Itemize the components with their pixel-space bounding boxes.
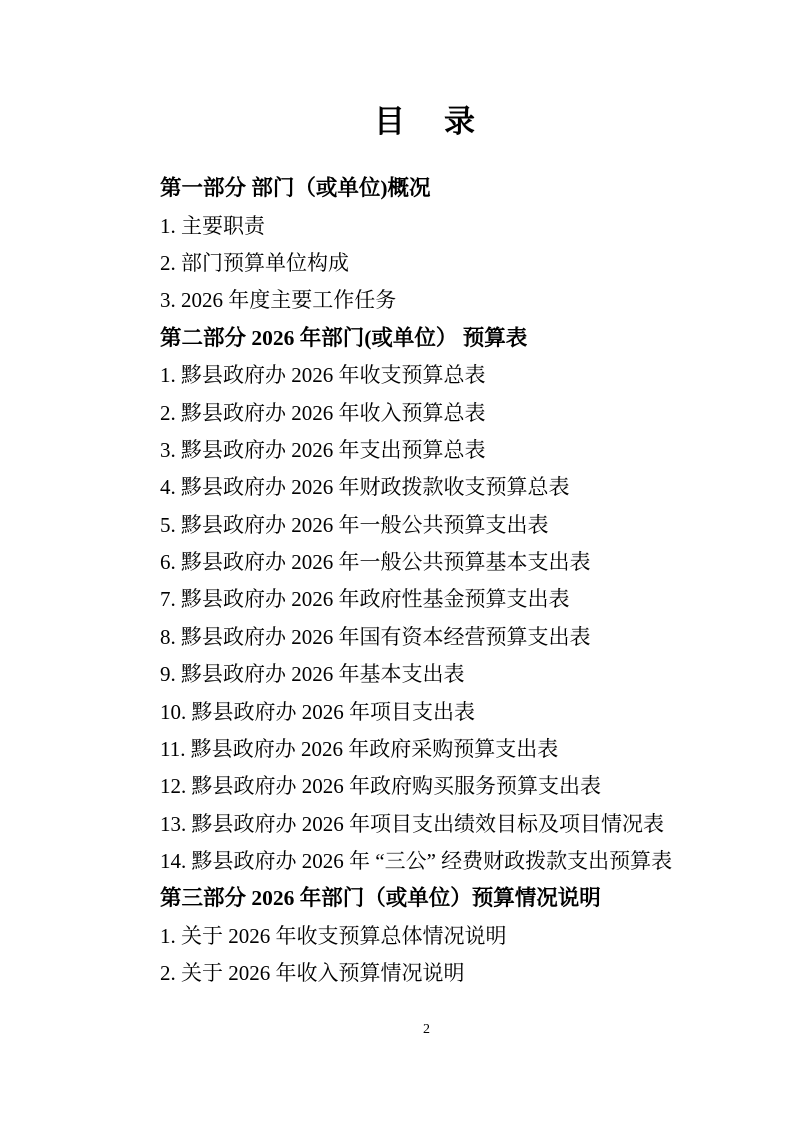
toc-item: 1. 黟县政府办 2026 年收支预算总表 [160, 357, 693, 394]
toc-item: 8. 黟县政府办 2026 年国有资本经营预算支出表 [160, 619, 693, 656]
section-3-heading: 第三部分 2026 年部门（或单位）预算情况说明 [160, 880, 693, 917]
toc-item: 13. 黟县政府办 2026 年项目支出绩效目标及项目情况表 [160, 806, 693, 843]
table-of-contents: 第一部分 部门（或单位)概况 1. 主要职责 2. 部门预算单位构成 3. 20… [160, 170, 693, 993]
toc-item: 12. 黟县政府办 2026 年政府购买服务预算支出表 [160, 768, 693, 805]
page-number: 2 [160, 1022, 693, 1038]
toc-item: 3. 2026 年度主要工作任务 [160, 282, 693, 319]
toc-item: 1. 关于 2026 年收支预算总体情况说明 [160, 918, 693, 955]
toc-item: 7. 黟县政府办 2026 年政府性基金预算支出表 [160, 581, 693, 618]
toc-item: 10. 黟县政府办 2026 年项目支出表 [160, 693, 693, 730]
document-page: 目 录 第一部分 部门（或单位)概况 1. 主要职责 2. 部门预算单位构成 3… [0, 0, 793, 1122]
toc-item: 11. 黟县政府办 2026 年政府采购预算支出表 [160, 731, 693, 768]
toc-item: 2. 黟县政府办 2026 年收入预算总表 [160, 394, 693, 431]
toc-item: 1. 主要职责 [160, 207, 693, 244]
toc-item: 5. 黟县政府办 2026 年一般公共预算支出表 [160, 507, 693, 544]
toc-item: 14. 黟县政府办 2026 年 “三公” 经费财政拨款支出预算表 [160, 843, 693, 880]
page-title: 目 录 [160, 104, 693, 140]
toc-item: 2. 部门预算单位构成 [160, 245, 693, 282]
toc-item: 9. 黟县政府办 2026 年基本支出表 [160, 656, 693, 693]
toc-content: 目 录 第一部分 部门（或单位)概况 1. 主要职责 2. 部门预算单位构成 3… [160, 104, 693, 993]
section-1-heading: 第一部分 部门（或单位)概况 [160, 170, 693, 207]
toc-item: 2. 关于 2026 年收入预算情况说明 [160, 955, 693, 992]
toc-item: 3. 黟县政府办 2026 年支出预算总表 [160, 432, 693, 469]
toc-item: 4. 黟县政府办 2026 年财政拨款收支预算总表 [160, 469, 693, 506]
toc-item: 6. 黟县政府办 2026 年一般公共预算基本支出表 [160, 544, 693, 581]
section-2-heading: 第二部分 2026 年部门(或单位） 预算表 [160, 320, 693, 357]
